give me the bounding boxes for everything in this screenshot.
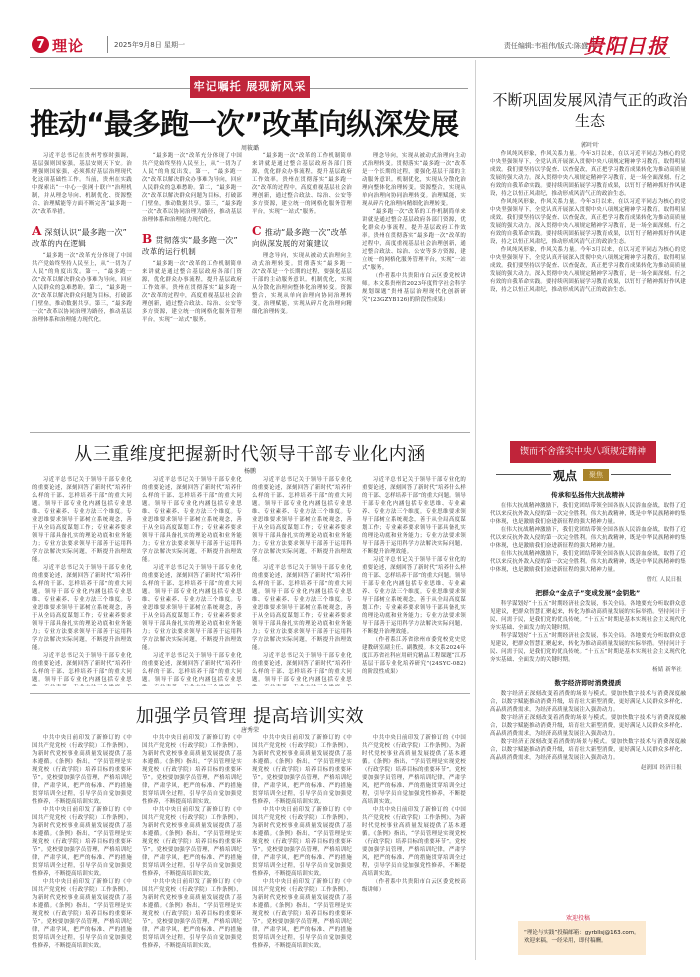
- section-heading-a: A深刻认识“最多跑一次” 改革的内在逻辑: [32, 224, 132, 248]
- lead-column-1: 习近平总书记在贵州考察时强调，基层强则国家强，基层安则天下安。治理强则国家强，必…: [32, 152, 132, 422]
- section-subtitle: 改革的内在逻辑: [32, 240, 132, 248]
- lead-intro: 习近平总书记在贵州考察时强调，基层强则国家强，基层安则天下安。治理强则国家强，必…: [32, 152, 132, 216]
- viewpoint-title: 传承和弘扬伟大抗战精神: [490, 490, 686, 499]
- author-note: （作者系江苏省徐州市委党校党史党建教研室副主任、副教授。本文系2024年度江苏省…: [362, 636, 466, 676]
- section-body: “最多跑一次”改革的工作机制简单来讲就是通过整合基层政府各部门资源，优化群众办事…: [142, 260, 242, 324]
- article-2-headline: 从三重维度把握新时代领导干部专业化内涵: [30, 440, 470, 466]
- views-rule-right: [611, 474, 671, 475]
- article-body: 中共中央日前印发了新修订的《中国共产党党校（行政学院）工作条例》，为新时代党校事…: [252, 734, 352, 806]
- article-body: 习近平总书记关于领导干部专业化的重要论述，深刻回答了新时代“培养什么样的干部、怎…: [362, 556, 466, 636]
- article-2-column-3: 习近平总书记关于领导干部专业化的重要论述，深刻回答了新时代“培养什么样的干部、怎…: [252, 476, 352, 686]
- article-3-column-2: 中共中央日前印发了新修订的《中国共产党党校（行政学院）工作条例》，为新时代党校事…: [142, 734, 242, 964]
- author-note: （作者系中共贵阳市白云区委党校高级讲师）: [362, 878, 466, 894]
- article-body: 习近平总书记关于领导干部专业化的重要论述，深刻回答了新时代“培养什么样的干部、怎…: [32, 652, 132, 686]
- section-letter: A: [32, 224, 42, 238]
- section-subtitle: 向纵深发展的对策建议: [252, 240, 352, 248]
- page-number-badge: 7: [32, 36, 49, 53]
- article-body: 作风纯风形象，作风关系力量。今年3月以来，在以习近平同志为核心的党中央坚强领导下…: [490, 198, 686, 246]
- section-name: 理论: [52, 35, 84, 56]
- article-body: 中共中央日前印发了新修订的《中国共产党党校（行政学院）工作条例》，为新时代党校事…: [32, 734, 132, 806]
- article-body: 习近平总书记关于领导干部专业化的重要论述，深刻回答了新时代“培养什么样的干部、怎…: [142, 564, 242, 652]
- article-2-byline: 杨鹏: [230, 466, 270, 475]
- lead-column-4: 理念导向，实现从被动式治理向主动式治理转变。贯彻落实“最多跑一次”改革是一个长期…: [362, 152, 466, 422]
- article-divider: [30, 432, 470, 433]
- article-3-column-3: 中共中央日前印发了新修订的《中国共产党党校（行政学院）工作条例》，为新时代党校事…: [252, 734, 352, 964]
- article-body: 习近平总书记关于领导干部专业化的重要论述，深刻回答了新时代“培养什么样的干部、怎…: [252, 652, 352, 686]
- article-body: 习近平总书记关于领导干部专业化的重要论述，深刻回答了新时代“培养什么样的干部、怎…: [142, 476, 242, 564]
- lead-column-3: “最多跑一次”改革的工作机制简单来讲就是通过整合基层政府各部门资源，优化群众办事…: [252, 152, 352, 422]
- viewpoint-body: 科学谋划好“十五五”时期经济社会发展，事关全局。各地要充分听取群众意见建议，把群…: [490, 600, 686, 632]
- viewpoint-item: 传承和弘扬伟大抗战精神 在伟大抗战精神激励下，我们党团结带领全国各族人民浴血奋战…: [490, 490, 686, 584]
- views-label: 观点: [553, 467, 577, 484]
- submission-text: “理论与实践”投稿邮箱：gyrbllsj@163.com。欢迎来稿，一经采用，即…: [524, 929, 644, 945]
- viewpoint-body: 在伟大抗战精神激励下，我们党团结带领全国各族人民浴血奋战，取得了近代以来反抗外敌…: [490, 550, 686, 574]
- viewpoint-title: 把群众“金点子”变成发展“金钥匙”: [490, 588, 686, 597]
- article-3-column-1: 中共中央日前印发了新修订的《中国共产党党校（行政学院）工作条例》，为新时代党校事…: [32, 734, 132, 964]
- section-subtitle: 改革的运行机制: [142, 248, 242, 256]
- section-body: “最多跑一次”改革充分体现了中国共产党始终坚持人民至上，从“一切为了人民”的角度…: [32, 252, 132, 324]
- article-body: 习近平总书记关于领导干部专业化的重要论述，深刻回答了新时代“培养什么样的干部、怎…: [362, 476, 466, 556]
- views-rule-left: [496, 474, 551, 475]
- viewpoints-list: 传承和弘扬伟大抗战精神 在伟大抗战精神激励下，我们党团结带领全国各族人民浴血奋战…: [490, 486, 686, 912]
- lead-column-2: “最多跑一次”改革充分体现了中国共产党始终坚持人民至上，从“一切为了人民”的角度…: [142, 152, 242, 422]
- section-body: 理念导向，实现从被动式治理向主动式治理转变。贯彻落实“最多跑一次”改革是一个长期…: [252, 252, 352, 316]
- lead-headline: 推动“最多跑一次”改革向纵深发展: [30, 102, 470, 143]
- article-body: 中共中央日前印发了新修订的《中国共产党党校（行政学院）工作条例》，为新时代党校事…: [252, 806, 352, 878]
- right-headline: 不断巩固发展风清气正的政治生态: [490, 90, 690, 132]
- submission-box: “理论与实践”投稿邮箱：gyrbllsj@163.com。欢迎来稿，一经采用，即…: [518, 921, 646, 955]
- lead-byline: 周筱璐: [230, 143, 270, 152]
- article-3-column-4: 中共中央日前印发了新修订的《中国共产党党校（行政学院）工作条例》，为新时代党校事…: [362, 734, 466, 964]
- viewpoint-body: 数字经济正深刻改变着消费的场景与模式。要加快数字技术与消费深度融合，以数字赋能推…: [490, 690, 686, 714]
- viewpoint-source: 曾红 人民日报: [490, 576, 682, 584]
- masthead-divider: [107, 36, 108, 53]
- right-byline: 郭叶叶: [570, 140, 610, 149]
- section-heading-b: B贯彻落实“最多跑一次” 改革的运行机制: [142, 232, 242, 256]
- kicker-banner: 牢记嘱托 展现新风采: [190, 76, 310, 98]
- article-body: 习近平总书记关于领导干部专业化的重要论述，深刻回答了新时代“培养什么样的干部、怎…: [32, 564, 132, 652]
- article-body: 中共中央日前印发了新修订的《中国共产党党校（行政学院）工作条例》，为新时代党校事…: [32, 806, 132, 878]
- viewpoint-source: 赵润国 经济日报: [490, 764, 682, 772]
- newspaper-logo: 贵阳日报: [584, 30, 668, 59]
- author-note: （作者系中共贵阳市白云区委党校讲师。本文系贵州省2023年度哲学社会科学规划课题…: [362, 272, 466, 304]
- article-body: 中共中央日前印发了新修订的《中国共产党党校（行政学院）工作条例》，为新时代党校事…: [142, 878, 242, 950]
- section-body-continued: “最多跑一次”改革的工作机制简单来讲就是通过整合基层政府各部门资源，优化群众办事…: [362, 208, 466, 272]
- viewpoint-body: 在伟大抗战精神激励下，我们党团结带领全国各族人民浴血奋战，取得了近代以来反抗外敌…: [490, 526, 686, 550]
- editor-credit: 责任编辑:韦祖伟/版式:陈盛: [504, 41, 588, 51]
- article-3-byline: 唐秀荣: [230, 725, 270, 734]
- article-body: 作风纯风形象，作风关系力量。今年3月以来，在以习近平同志为核心的党中央坚强领导下…: [490, 246, 686, 294]
- publication-date: 2025年9月8日 星期一: [114, 40, 185, 50]
- page-masthead: 7 理论 2025年9月8日 星期一 责任编辑:韦祖伟/版式:陈盛 贵阳日报: [30, 32, 670, 58]
- viewpoint-item: 数字经济即时消费提质 数字经济正深刻改变着消费的场景与模式。要加快数字技术与消费…: [490, 678, 686, 772]
- section-letter: B: [142, 232, 152, 246]
- viewpoint-body: 数字经济正深刻改变着消费的场景与模式。要加快数字技术与消费深度融合，以数字赋能推…: [490, 714, 686, 738]
- article-body: 习近平总书记关于领导干部专业化的重要论述，深刻回答了新时代“培养什么样的干部、怎…: [142, 652, 242, 686]
- article-2-column-4: 习近平总书记关于领导干部专业化的重要论述，深刻回答了新时代“培养什么样的干部、怎…: [362, 476, 466, 686]
- section-body-continued: “最多跑一次”改革的工作机制简单来讲就是通过整合基层政府各部门资源，优化群众办事…: [252, 152, 352, 216]
- viewpoint-body: 科学谋划好“十五五”时期经济社会发展，事关全局。各地要充分听取群众意见建议，把群…: [490, 632, 686, 664]
- section-body-continued: 理念导向，实现从被动式治理向主动式治理转变。贯彻落实“最多跑一次”改革是一个长期…: [362, 152, 466, 208]
- section-title: 深刻认识“最多跑一次”: [45, 228, 128, 237]
- article-body: 中共中央日前印发了新修订的《中国共产党党校（行政学院）工作条例》，为新时代党校事…: [252, 878, 352, 950]
- right-article-body: 作风纯风形象，作风关系力量。今年3月以来，在以习近平同志为核心的党中央坚强领导下…: [490, 150, 686, 434]
- viewpoint-body: 数字经济正深刻改变着消费的场景与模式。要加快数字技术与消费深度融合，以数字赋能推…: [490, 738, 686, 762]
- article-2-column-2: 习近平总书记关于领导干部专业化的重要论述，深刻回答了新时代“培养什么样的干部、怎…: [142, 476, 242, 686]
- viewpoint-body: 在伟大抗战精神激励下，我们党团结带领全国各族人民浴血奋战，取得了近代以来反抗外敌…: [490, 502, 686, 526]
- article-body: 中共中央日前印发了新修订的《中国共产党党校（行政学院）工作条例》，为新时代党校事…: [142, 806, 242, 878]
- column-divider: [475, 60, 476, 960]
- article-body: 习近平总书记关于领导干部专业化的重要论述，深刻回答了新时代“培养什么样的干部、怎…: [252, 564, 352, 652]
- views-tag: 聚焦: [583, 469, 609, 481]
- section-heading-c: C推动“最多跑一次”改革 向纵深发展的对策建议: [252, 224, 352, 248]
- article-divider: [30, 693, 470, 694]
- article-body: 中共中央日前印发了新修订的《中国共产党党校（行政学院）工作条例》，为新时代党校事…: [32, 878, 132, 950]
- article-2-column-1: 习近平总书记关于领导干部专业化的重要论述，深刻回答了新时代“培养什么样的干部、怎…: [32, 476, 132, 686]
- section-body-continued: “最多跑一次”改革充分体现了中国共产党始终坚持人民至上，从“一切为了人民”的角度…: [142, 152, 242, 224]
- article-body: 习近平总书记关于领导干部专业化的重要论述，深刻回答了新时代“培养什么样的干部、怎…: [252, 476, 352, 564]
- article-body: 作风纯风形象，作风关系力量。今年3月以来，在以习近平同志为核心的党中央坚强领导下…: [490, 150, 686, 198]
- article-body: 中共中央日前印发了新修订的《中国共产党党校（行政学院）工作条例》，为新时代党校事…: [142, 734, 242, 806]
- section-title: 推动“最多跑一次”改革: [265, 228, 348, 237]
- article-body: 习近平总书记关于领导干部专业化的重要论述，深刻回答了新时代“培养什么样的干部、怎…: [32, 476, 132, 564]
- right-banner: 锲而不舍落实中央八项规定精神: [510, 441, 656, 463]
- article-body: 中共中央日前印发了新修订的《中国共产党党校（行政学院）工作条例》，为新时代党校事…: [362, 806, 466, 878]
- section-letter: C: [252, 224, 262, 238]
- viewpoint-item: 把群众“金点子”变成发展“金钥匙” 科学谋划好“十五五”时期经济社会发展，事关全…: [490, 588, 686, 674]
- viewpoint-source: 杨婧 新华社: [490, 666, 682, 674]
- article-body: 中共中央日前印发了新修订的《中国共产党党校（行政学院）工作条例》，为新时代党校事…: [362, 734, 466, 806]
- section-title: 贯彻落实“最多跑一次”: [155, 236, 238, 245]
- viewpoint-title: 数字经济即时消费提质: [490, 678, 686, 687]
